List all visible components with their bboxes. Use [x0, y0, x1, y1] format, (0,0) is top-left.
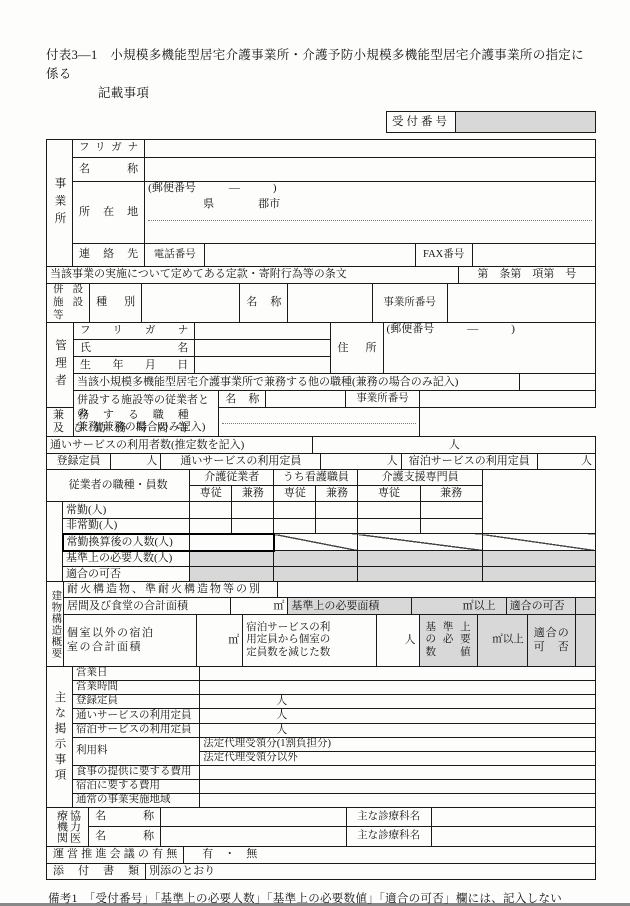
staff-fulltime-cell[interactable]: [420, 502, 482, 519]
staff-subheader-senju: 専従: [274, 486, 316, 502]
estimated-users-label: 通いサービスの利用者数(推定数を記入): [47, 437, 313, 454]
building-section-label: 建物構造概要: [47, 582, 64, 667]
medical-dept-field[interactable]: [431, 827, 595, 847]
stay-cost-field[interactable]: [200, 780, 596, 794]
staff-fulltime-cell[interactable]: [232, 502, 274, 519]
manager-name-field[interactable]: [195, 340, 331, 357]
manager-section-label: 管理者: [47, 323, 74, 408]
manager-name-label: 氏名: [74, 340, 195, 357]
staff-subheader-senju: 専従: [190, 486, 232, 502]
stay-capacity-field[interactable]: 人: [537, 454, 595, 470]
annex-facility-row: 併設 施設等 種別 名称 事業所番号: [46, 283, 596, 323]
service-area-label: 通常の事業実施地域: [73, 793, 200, 807]
manager-furigana-label: フリガナ: [74, 323, 195, 340]
staff-parttime-cell[interactable]: [274, 519, 316, 534]
staff-required-cell: [358, 551, 482, 567]
living-area-field[interactable]: ㎡: [231, 598, 288, 615]
manager-postal-template: (郵便番号 ― ): [387, 323, 592, 336]
staff-subheader-kenmu: 兼務: [420, 486, 482, 502]
staff-row-parttime-label: 非常勤(人): [63, 519, 190, 534]
required-value-field: ㎡以上: [477, 615, 527, 667]
form-page: 付表3―1 小規模多機能型居宅介護事業所・介護予防小規模多機能型居宅介護事業所の…: [0, 0, 630, 903]
staff-left-strip: [47, 502, 63, 582]
annex-name-field[interactable]: [288, 284, 372, 323]
room-area-field[interactable]: ㎡: [197, 615, 243, 667]
staff-fit-cell: [190, 567, 274, 582]
staff-converted-na-cell: [274, 534, 358, 551]
registered-capacity-label: 登録定員: [47, 454, 111, 470]
notice-stay-label: 宿泊サービスの利用定員: [73, 723, 200, 737]
manager-concurrent-office-no-field[interactable]: [419, 391, 595, 408]
office-name-label: 名称: [73, 158, 145, 182]
articles-row: 当該事業の実施について定めてある定款・寄附行為等の条文 第 条第 項第 号: [46, 266, 596, 284]
staff-extra-column: [482, 470, 595, 534]
remarks-note: 備考1 「受付番号」「基準上の必要人数」「基準上の必要数値」「適合の可否」欄には…: [46, 890, 596, 906]
reception-number-box: 受付番号: [386, 111, 596, 133]
staff-converted-na-cell: [358, 534, 482, 551]
notice-registered-label: 登録定員: [73, 694, 200, 708]
room-fit-field: [575, 615, 595, 667]
office-tel-label: 電話番号: [145, 244, 205, 267]
staff-subheader-senju: 専従: [358, 486, 420, 502]
staff-group-nurse: うち看護職員: [274, 470, 358, 486]
staff-fulltime-cell[interactable]: [274, 502, 316, 519]
office-section: 事業所 フリガナ 名称 所在地 (郵便番号 ― ) 県 郡市 連絡先 電話番号: [46, 139, 596, 267]
manager-other-duty-field[interactable]: [519, 374, 595, 391]
staff-parttime-cell[interactable]: [358, 519, 420, 534]
registered-capacity-field[interactable]: 人: [111, 454, 161, 470]
building-section: 建物構造概要 耐火構造物、準耐火構造物等の別 居間及び食堂の合計面積 ㎡ 基準上…: [46, 581, 596, 667]
required-area-field: ㎡以上: [411, 598, 506, 615]
office-furigana-label: フリガナ: [73, 140, 145, 158]
manager-birthdate-label: 生年月日: [74, 357, 195, 374]
staff-row-required-label: 基準上の必要人数(人): [63, 551, 190, 567]
business-days-field[interactable]: [200, 667, 596, 681]
capacity-row: 登録定員 人 通いサービスの利用定員 人 宿泊サービスの利用定員 人: [46, 453, 596, 470]
medical-name-field[interactable]: [161, 827, 346, 847]
annex-office-no-label: 事業所番号: [372, 284, 447, 323]
staff-required-cell: [482, 551, 595, 567]
stay-capacity-label: 宿泊サービスの利用定員: [401, 454, 537, 470]
manager-concurrent-office-no-label: 事業所番号: [346, 391, 419, 408]
reception-number-label: 受付番号: [387, 112, 456, 132]
office-fax-label: FAX番号: [415, 244, 472, 267]
staff-fulltime-cell[interactable]: [316, 502, 358, 519]
manager-section: 管理者 フリガナ 住所 (郵便番号 ― ) 氏名 生年月日 当該小規模多機能型居…: [46, 322, 596, 437]
staff-fulltime-cell[interactable]: [190, 502, 232, 519]
staff-parttime-cell[interactable]: [190, 519, 232, 534]
area-fit-field: [575, 598, 595, 615]
meal-cost-field[interactable]: [200, 766, 596, 780]
area-fit-label: 適合の可否: [506, 598, 575, 615]
notice-section: 主な掲示事項 営業日 営業時間 登録定員 人 通いサービスの利用定員 人 宿泊サ…: [46, 666, 596, 807]
form-title-line1: 付表3―1 小規模多機能型居宅介護事業所・介護予防小規模多機能型居宅介護事業所の…: [46, 46, 596, 84]
medical-dept-field[interactable]: [431, 807, 595, 827]
staff-fit-cell: [358, 567, 482, 582]
medical-dept-label: 主な診療科名: [346, 807, 431, 827]
medical-section: 協力医療機関 名称 主な診療科名 名称 主な診療科名: [46, 807, 596, 847]
staff-row-fulltime-label: 常勤(人): [63, 502, 190, 519]
staff-fit-cell: [274, 567, 358, 582]
meal-cost-label: 食事の提供に要する費用: [73, 766, 200, 780]
staff-required-cell: [190, 551, 274, 567]
notice-stay-field[interactable]: 人: [200, 723, 596, 737]
annex-name-label: 名称: [240, 284, 288, 323]
fee-other-label[interactable]: 法定代理受領分以外: [200, 752, 596, 766]
required-area-label: 基準上の必要面積: [288, 598, 411, 615]
office-section-label: 事業所: [47, 140, 73, 267]
notice-registered-field[interactable]: 人: [200, 694, 596, 708]
manager-other-duty-label: 当該小規模多機能型居宅介護事業所で兼務する他の職種(兼務の場合のみ記入): [74, 374, 520, 391]
manager-concurrent-duty-field[interactable]: [219, 408, 419, 437]
required-value-label: 基準上 の必要 数値: [419, 615, 477, 667]
office-contact-label: 連絡先: [73, 244, 145, 267]
staff-parttime-cell[interactable]: [316, 519, 358, 534]
estimated-users-row: 通いサービスの利用者数(推定数を記入) 人: [46, 436, 596, 454]
staff-subheader-kenmu: 兼務: [316, 486, 358, 502]
staff-converted-na-cell: [482, 534, 595, 551]
annex-section-label: 併設 施設等: [47, 284, 90, 323]
building-fireproof-label: 耐火構造物、準耐火構造物等の別: [64, 582, 278, 598]
business-hours-label: 営業時間: [73, 681, 200, 695]
staff-fulltime-cell[interactable]: [358, 502, 420, 519]
main-form: 事業所 フリガナ 名称 所在地 (郵便番号 ― ) 県 郡市 連絡先 電話番号: [46, 139, 596, 880]
council-choice-field[interactable]: 有 ・ 無: [184, 846, 596, 863]
staff-converted-cell[interactable]: [190, 534, 274, 551]
room-fit-label: 適合の 可否: [527, 615, 575, 667]
commute-capacity-label: 通いサービスの利用定員: [161, 454, 321, 470]
business-hours-field[interactable]: [200, 681, 596, 695]
staff-parttime-cell[interactable]: [232, 519, 274, 534]
commute-capacity-field[interactable]: 人: [321, 454, 401, 470]
office-address-field[interactable]: (郵便番号 ― ) 県 郡市: [145, 182, 596, 244]
medical-dept-label: 主な診療科名: [346, 827, 431, 847]
staff-required-cell: [274, 551, 358, 567]
staff-table: 従業者の職種・員数 介護従業者 うち看護職員 介護支援専門員 専従 兼務 専従 …: [46, 469, 596, 582]
office-fax-field[interactable]: [472, 244, 595, 267]
annex-office-no-field[interactable]: [447, 284, 595, 323]
articles-value-field[interactable]: 第 条第 項第 号: [458, 267, 595, 284]
annex-type-field[interactable]: [142, 284, 240, 323]
staff-group-care: 介護従業者: [190, 470, 274, 486]
office-address-line2: 県 郡市: [148, 198, 592, 211]
reception-number-field: [456, 112, 595, 132]
staff-subheader-kenmu: 兼務: [232, 486, 274, 502]
office-name-field[interactable]: [145, 158, 596, 182]
attachments-label: 添付書類: [47, 863, 146, 879]
staff-parttime-cell[interactable]: [420, 519, 482, 534]
manager-address-field[interactable]: (郵便番号 ― ): [383, 323, 595, 374]
annex-type-label: 種別: [90, 284, 142, 323]
office-address-label: 所在地: [73, 182, 145, 244]
form-title: 付表3―1 小規模多機能型居宅介護事業所・介護予防小規模多機能型居宅介護事業所の…: [46, 46, 596, 103]
medical-name-field[interactable]: [161, 807, 346, 827]
notice-section-label: 主な掲示事項: [47, 667, 73, 807]
room-area-label: 個室以外の宿泊 室の合計面積: [64, 615, 197, 667]
fee-legal-label[interactable]: 法定代理受領分(1割負担分): [200, 738, 596, 752]
manager-concurrent-duty-label: 兼務する職種 及び勤務時間等: [47, 408, 195, 437]
minus-capacity-field[interactable]: 人: [377, 615, 419, 667]
attachments-value: 別添のとおり: [146, 863, 596, 879]
council-row: 運営推進会議の有無 有 ・ 無: [46, 846, 596, 864]
staff-header: 従業者の職種・員数: [47, 470, 190, 502]
notice-commute-label: 通いサービスの利用定員: [73, 709, 200, 723]
manager-furigana-field[interactable]: [195, 323, 331, 340]
staff-row-converted-label: 常勤換算後の人数(人): [63, 534, 190, 551]
articles-label: 当該事業の実施について定めてある定款・寄附行為等の条文: [47, 267, 459, 284]
staff-row-fit-label: 適合の可否: [63, 567, 190, 582]
form-title-line2: 記載事項: [46, 84, 596, 103]
office-tel-field[interactable]: [205, 244, 415, 267]
staff-group-caremanager: 介護支援専門員: [358, 470, 482, 486]
fee-label: 利用料: [73, 738, 200, 766]
stay-cost-label: 宿泊に要する費用: [73, 780, 200, 794]
living-area-label: 居間及び食堂の合計面積: [64, 598, 231, 615]
business-days-label: 営業日: [73, 667, 200, 681]
office-postal-template: (郵便番号 ― ): [148, 182, 592, 195]
manager-concurrent-name-label: 名称: [219, 391, 266, 408]
office-furigana-field[interactable]: [145, 140, 596, 158]
estimated-users-field[interactable]: 人: [313, 437, 596, 454]
address-dotted-line: [148, 220, 592, 221]
notice-commute-field[interactable]: 人: [200, 709, 596, 723]
staff-fit-cell: [482, 567, 595, 582]
council-label: 運営推進会議の有無: [47, 846, 184, 863]
manager-birthdate-field[interactable]: [195, 357, 331, 374]
building-fireproof-field[interactable]: [278, 582, 596, 598]
manager-address-label: 住所: [331, 323, 383, 374]
medical-section-label: 協力医療機関: [47, 807, 89, 846]
medical-name-label: 名称: [89, 827, 161, 847]
service-area-field[interactable]: [200, 793, 596, 807]
medical-name-label: 名称: [89, 807, 161, 827]
minus-capacity-label: 宿泊サービスの利 用定員から個室の 定員数を減じた数: [243, 615, 377, 667]
attachments-row: 添付書類 別添のとおり: [46, 863, 596, 880]
manager-concurrent-name-field[interactable]: [266, 391, 346, 408]
